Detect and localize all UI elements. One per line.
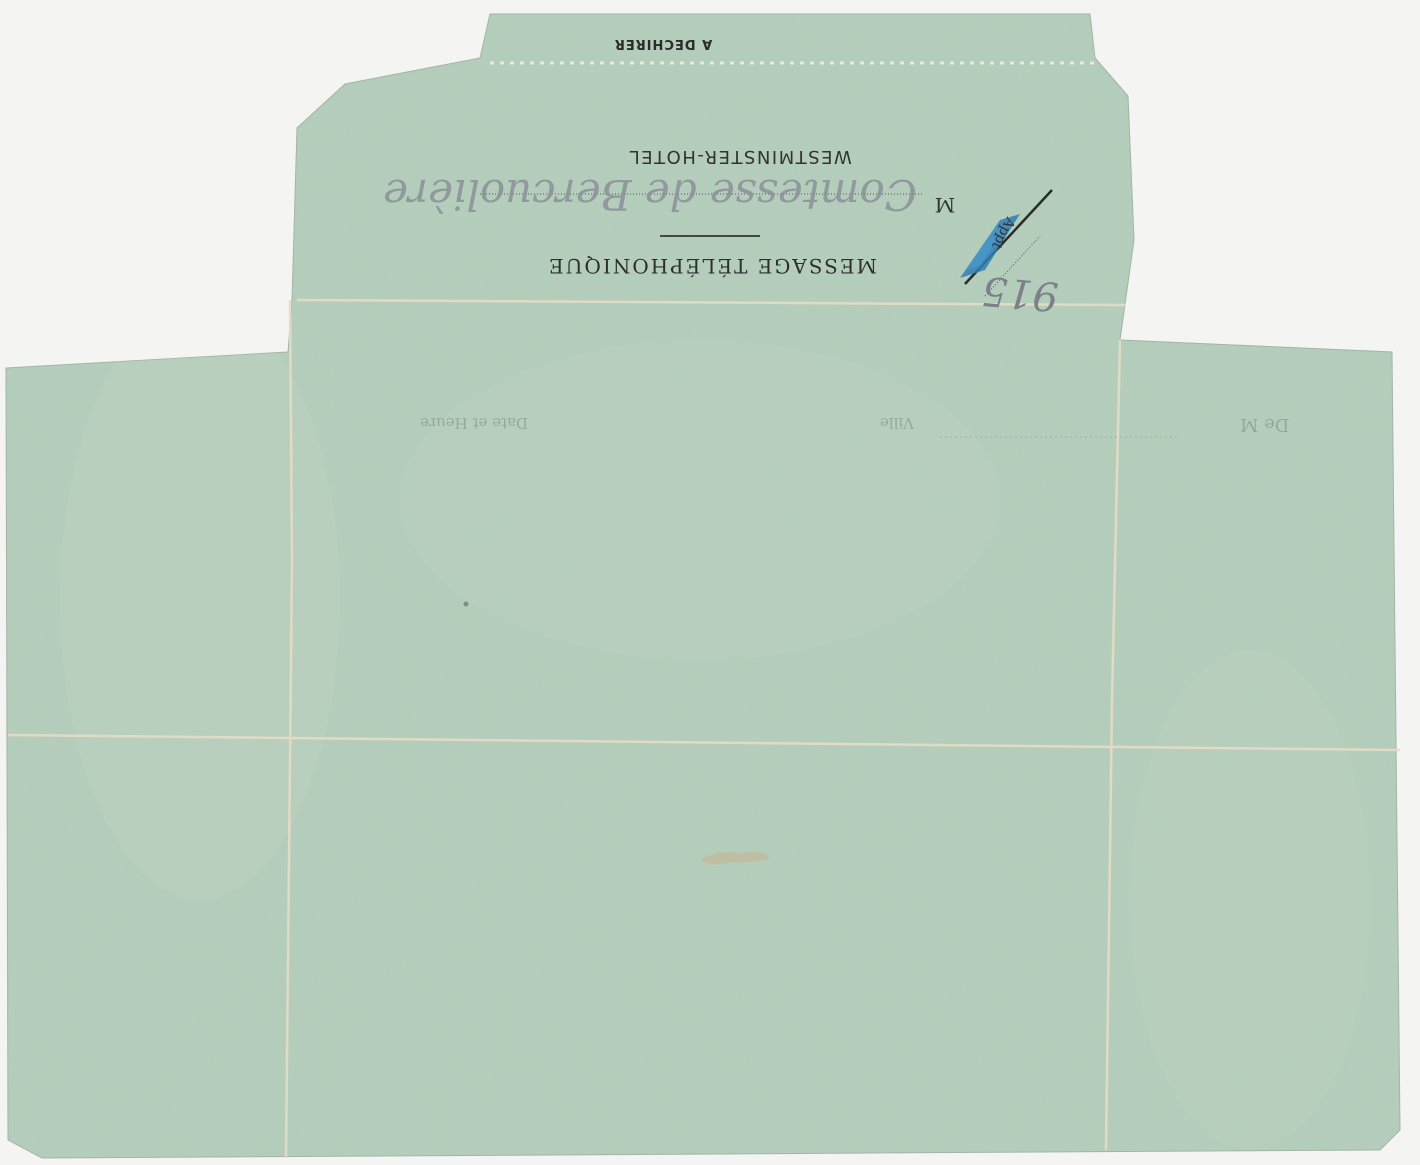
city-field-label: Ville: [880, 414, 914, 432]
from-field-label: De M: [1240, 414, 1289, 435]
hotel-name: WESTMINSTER-HOTEL: [560, 146, 920, 167]
date-time-field-label: Date et Heure: [420, 414, 528, 432]
apartment-number-handwritten: 915: [980, 267, 1060, 319]
document-title: MESSAGE TÉLÉPHONIQUE: [512, 254, 912, 278]
tear-strip-label: A DECHIRER: [588, 36, 738, 51]
addressee-handwritten: Comtesse de Bercuolière: [360, 170, 940, 219]
